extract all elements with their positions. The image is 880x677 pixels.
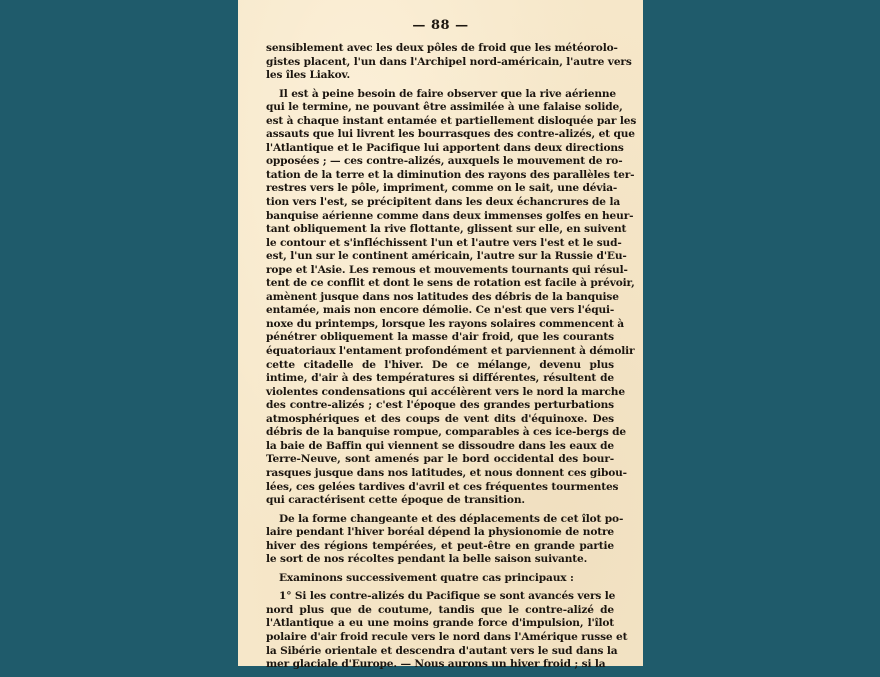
text-line: violentes condensations qui accélèrent v…: [266, 386, 614, 400]
text-line: qui le termine, ne pouvant être assimilé…: [266, 101, 614, 115]
text-line: laire pendant l'hiver boréal dépend la p…: [266, 526, 614, 540]
text-line: équatoriaux l'entament profondément et p…: [266, 345, 614, 359]
text-line: le contour et s'infléchissent l'un et l'…: [266, 237, 614, 251]
text-line: tent de ce conflit et dont le sens de ro…: [266, 277, 614, 291]
text-line: qui caractérisent cette époque de transi…: [266, 494, 614, 508]
body-text: sensiblement avec les deux pôles de froi…: [266, 42, 614, 666]
text-line: amènent jusque dans nos latitudes des dé…: [266, 291, 614, 305]
text-line: l'Atlantique et le Pacifique lui apporte…: [266, 142, 614, 156]
text-line: gistes placent, l'un dans l'Archipel nor…: [266, 56, 614, 70]
text-line: mer glaciale d'Europe. — Nous aurons un …: [266, 658, 614, 666]
paragraph: Examinons successivement quatre cas prin…: [266, 572, 614, 586]
text-line: opposées ; — ces contre-alizés, auxquels…: [266, 155, 614, 169]
text-line: est, l'un sur le continent américain, l'…: [266, 250, 614, 264]
text-line: tant obliquement la rive flottante, glis…: [266, 223, 614, 237]
text-line: atmosphériques et des coups de vent dits…: [266, 413, 614, 427]
paragraph: Il est à peine besoin de faire observer …: [266, 88, 614, 508]
text-line: est à chaque instant entamée et partiell…: [266, 115, 614, 129]
text-line: la baie de Baffin qui viennent se dissou…: [266, 440, 614, 454]
text-line: pénétrer obliquement la masse d'air froi…: [266, 331, 614, 345]
scanned-page: — 88 — sensiblement avec les deux pôles …: [238, 0, 643, 666]
text-line: des contre-alizés ; c'est l'époque des g…: [266, 399, 614, 413]
text-line: Il est à peine besoin de faire observer …: [266, 88, 614, 102]
text-line: Terre-Neuve, sont amenés par le bord occ…: [266, 453, 614, 467]
text-line: la Sibérie orientale et descendra d'auta…: [266, 645, 614, 659]
paragraph: sensiblement avec les deux pôles de froi…: [266, 42, 614, 83]
paragraph: De la forme changeante et des déplacemen…: [266, 513, 614, 567]
text-line: De la forme changeante et des déplacemen…: [266, 513, 614, 527]
text-line: entamée, mais non encore démolie. Ce n'e…: [266, 304, 614, 318]
text-line: noxe du printemps, lorsque les rayons so…: [266, 318, 614, 332]
text-line: les îles Liakov.: [266, 69, 614, 83]
text-line: banquise aérienne comme dans deux immens…: [266, 210, 614, 224]
text-line: assauts que lui livrent les bourrasques …: [266, 128, 614, 142]
text-line: sensiblement avec les deux pôles de froi…: [266, 42, 614, 56]
text-line: lées, ces gelées tardives d'avril et ces…: [266, 481, 614, 495]
text-line: intime, d'air à des températures si diff…: [266, 372, 614, 386]
text-line: débris de la banquise rompue, comparable…: [266, 426, 614, 440]
text-line: tation de la terre et la diminution des …: [266, 169, 614, 183]
text-line: l'Atlantique a eu une moins grande force…: [266, 617, 614, 631]
paragraph: 1° Si les contre-alizés du Pacifique se …: [266, 590, 614, 666]
text-line: rope et l'Asie. Les remous et mouvements…: [266, 264, 614, 278]
text-line: le sort de nos récoltes pendant la belle…: [266, 553, 614, 567]
page-number: — 88 —: [238, 18, 643, 33]
text-line: hiver des régions tempérées, et peut-êtr…: [266, 540, 614, 554]
text-line: rasques jusque dans nos latitudes, et no…: [266, 467, 614, 481]
text-line: Examinons successivement quatre cas prin…: [266, 572, 614, 586]
text-line: nord plus que de coutume, tandis que le …: [266, 604, 614, 618]
text-line: cette citadelle de l'hiver. De ce mélang…: [266, 359, 614, 373]
text-line: restres vers le pôle, impriment, comme o…: [266, 182, 614, 196]
text-line: polaire d'air froid recule vers le nord …: [266, 631, 614, 645]
text-line: 1° Si les contre-alizés du Pacifique se …: [266, 590, 614, 604]
text-line: tion vers l'est, se précipitent dans les…: [266, 196, 614, 210]
